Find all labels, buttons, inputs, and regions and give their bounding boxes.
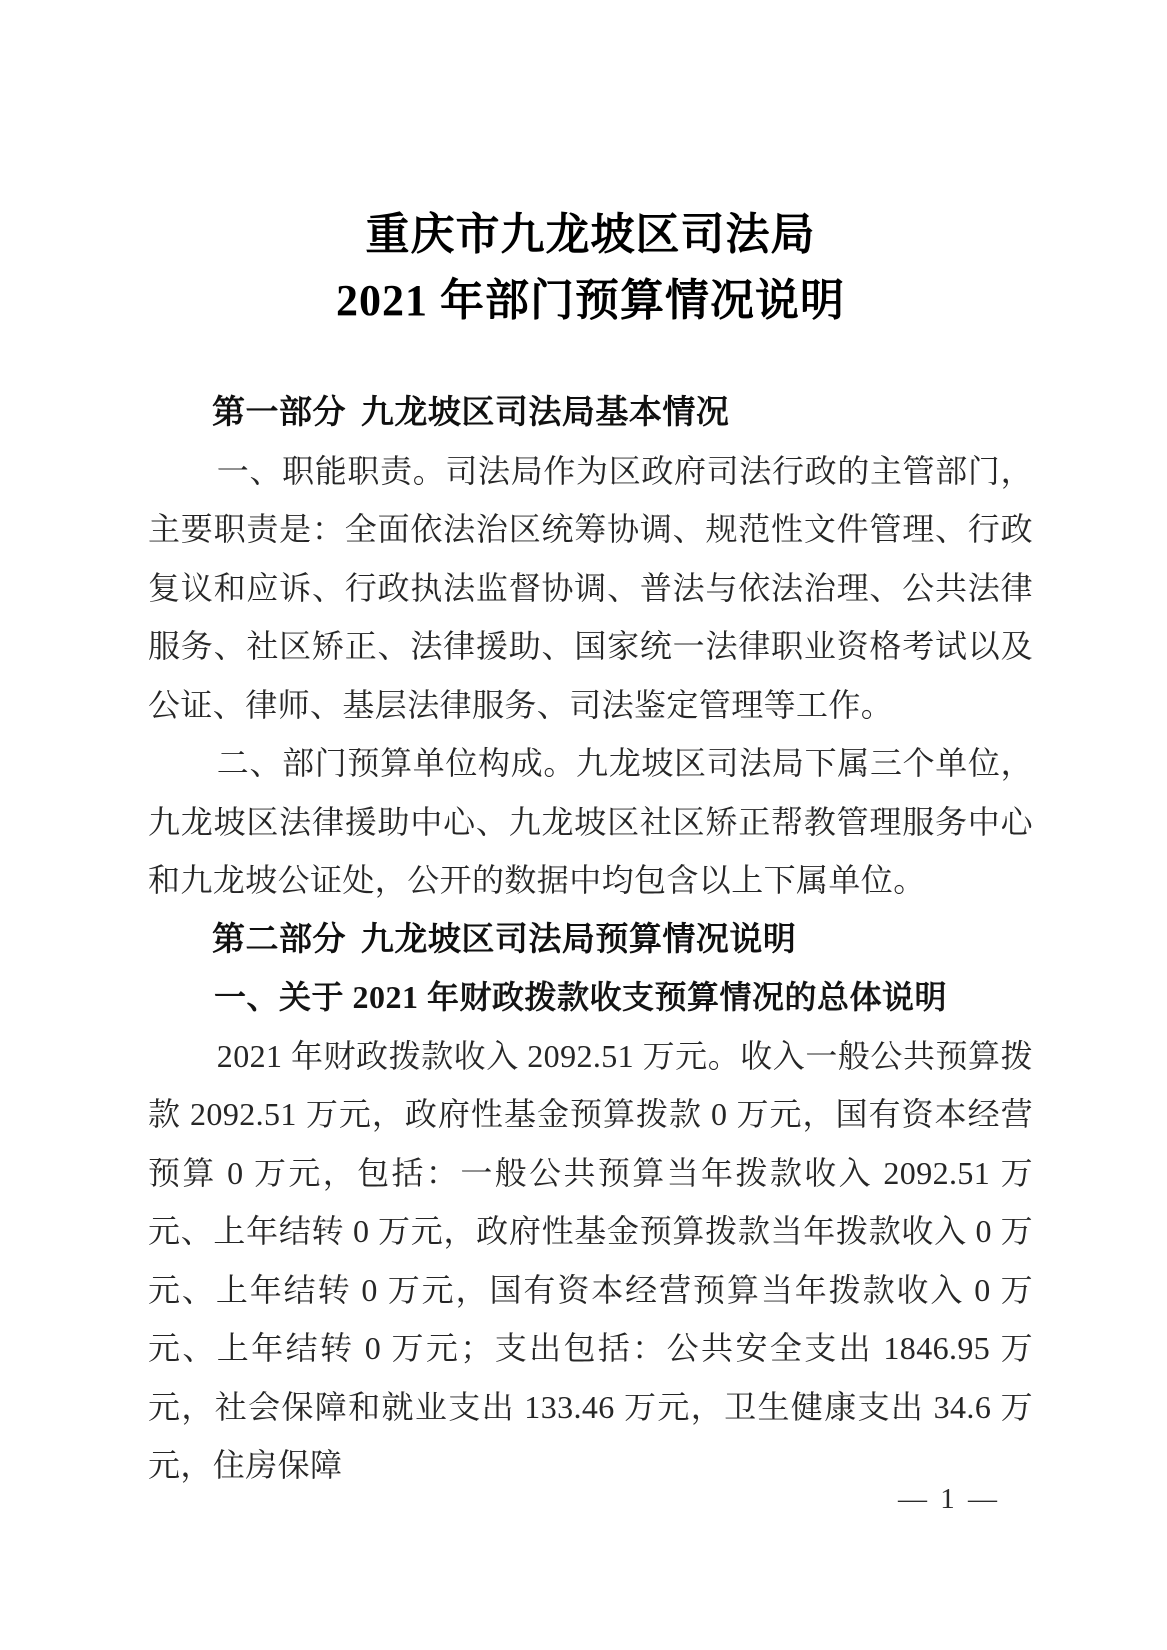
document-title: 重庆市九龙坡区司法局 2021 年部门预算情况说明 — [148, 202, 1033, 334]
document-title-line1: 重庆市九龙坡区司法局 — [148, 202, 1033, 268]
paragraph-budget-overview: 2021 年财政拨款收入 2092.51 万元。收入一般公共预算拨款 2092.… — [148, 1027, 1033, 1495]
document-page: 重庆市九龙坡区司法局 2021 年部门预算情况说明 第一部分九龙坡区司法局基本情… — [0, 0, 1167, 1650]
section-part1-title: 九龙坡区司法局基本情况 — [361, 393, 730, 430]
subheading-overall-statement: 一、关于 2021 年财政拨款收支预算情况的总体说明 — [148, 968, 1033, 1027]
section-part2-label: 第二部分 — [212, 920, 346, 957]
section-heading-part1: 第一部分九龙坡区司法局基本情况 — [148, 383, 1033, 442]
section-heading-part2: 第二部分九龙坡区司法局预算情况说明 — [148, 910, 1033, 969]
paragraph-budget-units: 二、部门预算单位构成。九龙坡区司法局下属三个单位，九龙坡区法律援助中心、九龙坡区… — [148, 734, 1033, 910]
page-number: — 1 — — [898, 1482, 1000, 1516]
section-part1-label: 第一部分 — [212, 393, 346, 430]
section-part2-title: 九龙坡区司法局预算情况说明 — [361, 920, 797, 957]
paragraph-duties: 一、职能职责。司法局作为区政府司法行政的主管部门，主要职责是：全面依法治区统筹协… — [148, 442, 1033, 735]
document-title-line2: 2021 年部门预算情况说明 — [148, 268, 1033, 334]
